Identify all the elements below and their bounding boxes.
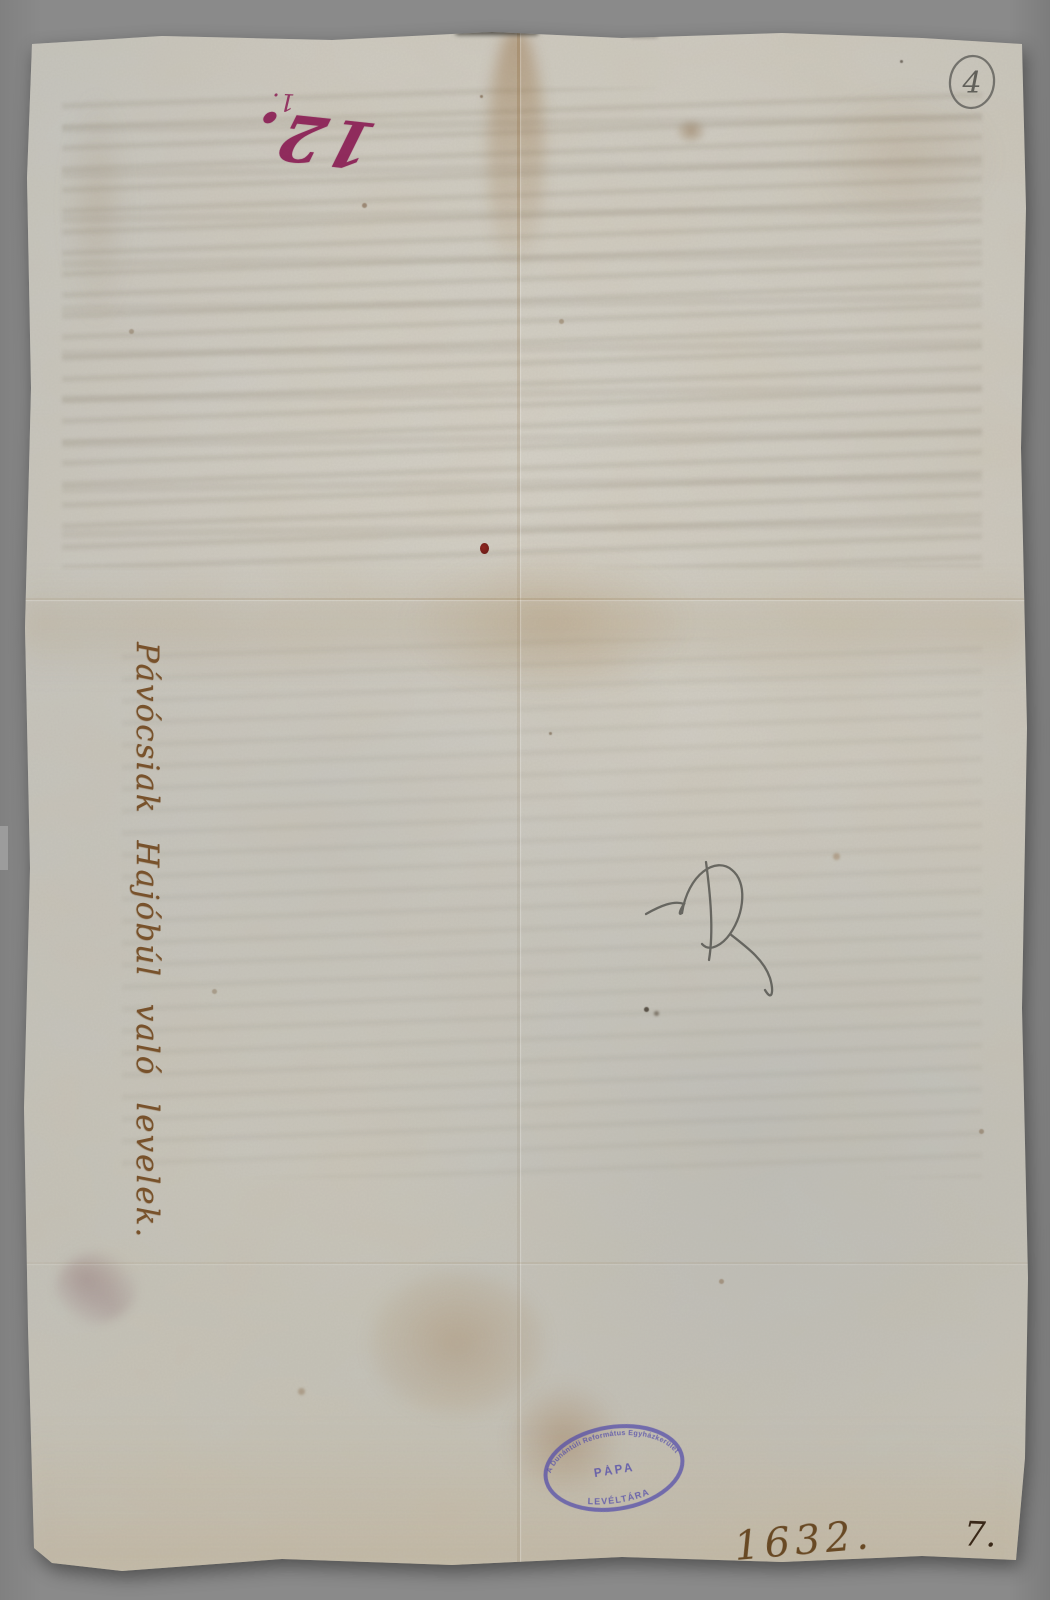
edge-smudge-left bbox=[455, 28, 539, 35]
archive-stamp: A Dunántúli Református Egyházkerület PÁP… bbox=[527, 1402, 702, 1534]
stain-top-left-edge bbox=[62, 88, 132, 328]
pencil-circled-number: 4 bbox=[944, 48, 1000, 116]
year-inscription: 1632. bbox=[733, 1515, 875, 1567]
stain-top-fold-streak bbox=[488, 28, 544, 278]
circled-number-value: 4 bbox=[961, 66, 981, 101]
ink-specks bbox=[22, 28, 25, 31]
paper-texture bbox=[22, 28, 1028, 1575]
dorsal-inscription: Pávócsiak Hajóbúl való levelek. bbox=[114, 642, 162, 1190]
stain-left-purple-spots bbox=[56, 1253, 136, 1323]
fold-line-horizontal bbox=[22, 598, 1028, 600]
manuscript-paper: 12. 1. 4 Pávócsiak Hajóbúl való levelek. bbox=[22, 28, 1028, 1575]
edge-smudge-right bbox=[630, 32, 658, 37]
stain-mid-band bbox=[22, 573, 1028, 683]
svg-text:LEVÉLTÁRA: LEVÉLTÁRA bbox=[586, 1486, 652, 1509]
stain-bottom-blob bbox=[367, 1268, 547, 1418]
scanned-document: 12. 1. 4 Pávócsiak Hajóbúl való levelek. bbox=[22, 28, 1028, 1575]
scanner-edge-artifact bbox=[0, 826, 8, 870]
stamp-line-middle: PÁPA bbox=[593, 1461, 636, 1480]
archival-number-small-mark: 1. bbox=[272, 90, 296, 115]
red-ink-dot bbox=[480, 543, 489, 554]
stamp-line-bottom: LEVÉLTÁRA bbox=[586, 1486, 652, 1509]
stain-fold-crossing bbox=[402, 548, 692, 698]
stain-bottom-warm-band bbox=[22, 1423, 1028, 1575]
fold-line-horizontal-faint bbox=[22, 1262, 1028, 1264]
archival-number-inverted: 12. bbox=[241, 100, 382, 175]
folio-number: 7. bbox=[963, 1517, 997, 1552]
pencil-squiggle bbox=[630, 812, 810, 1012]
stain-spot-top-center bbox=[675, 118, 707, 144]
text-bleedthrough-lower bbox=[122, 638, 982, 1178]
fold-line-vertical bbox=[517, 28, 520, 1575]
text-bleedthrough-upper bbox=[62, 88, 982, 568]
